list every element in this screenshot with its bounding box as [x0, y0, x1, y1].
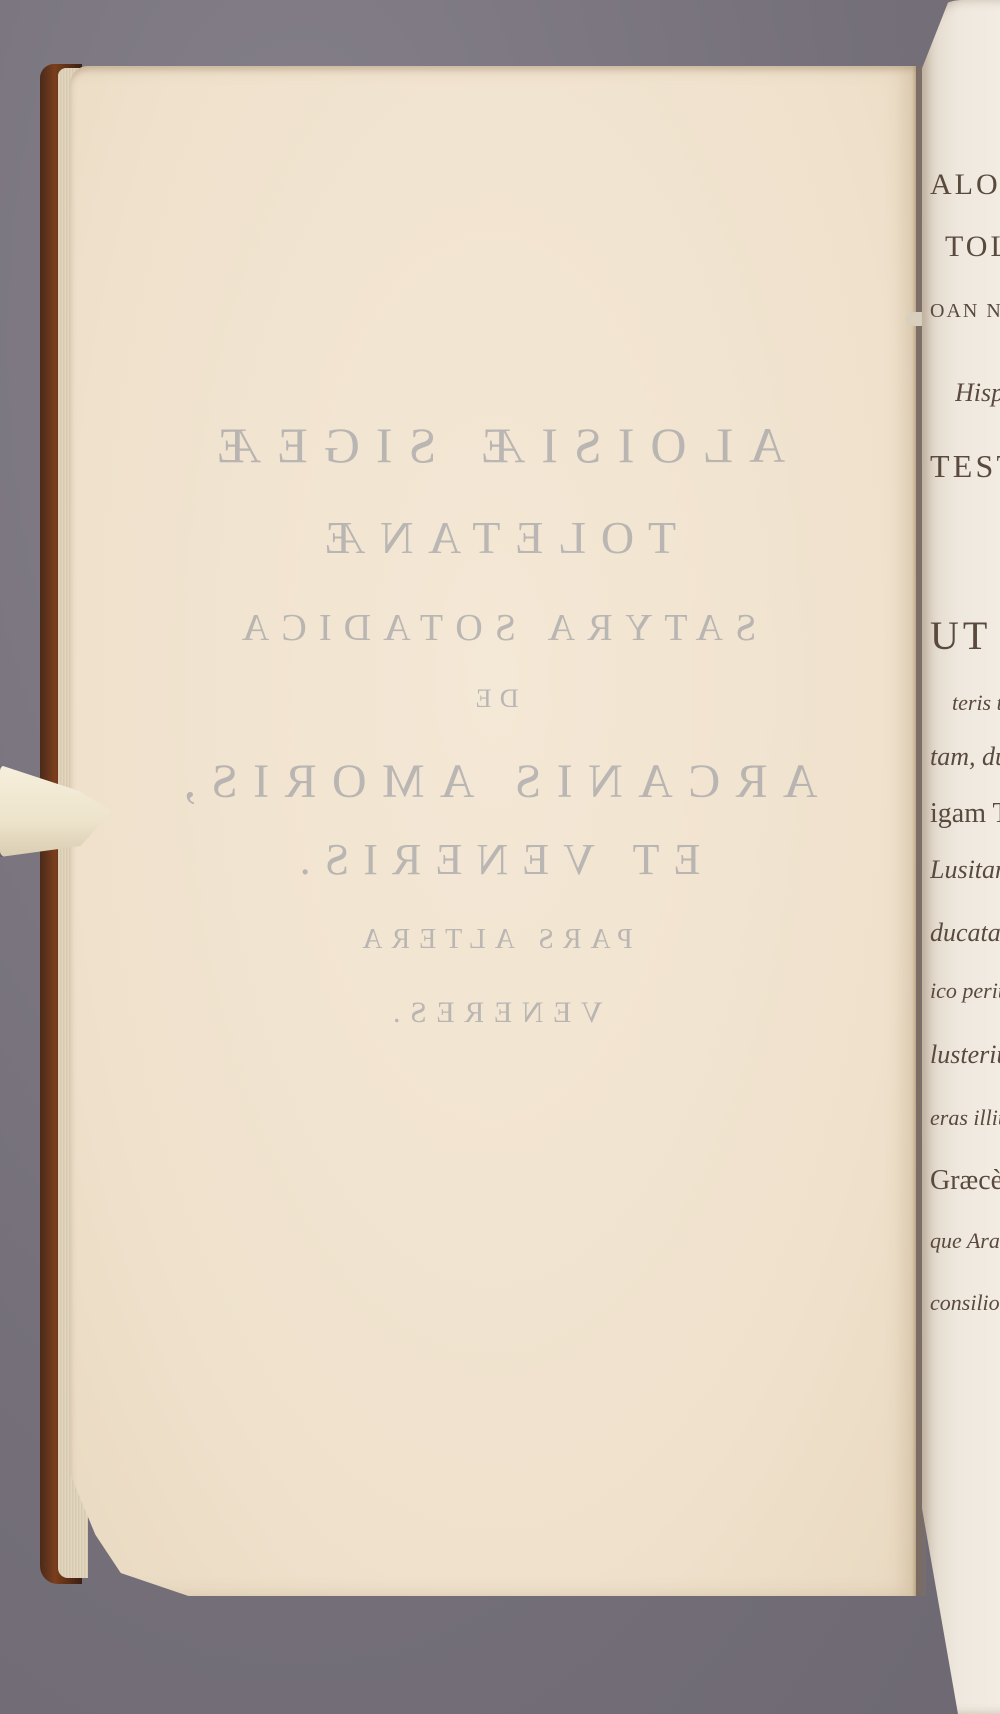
- right-page-fragment: ico peritam,: [930, 978, 1000, 1004]
- title-line-3: SATYRA SOTADICA: [70, 606, 916, 650]
- right-page-fragment: ducatam,: [930, 918, 1000, 948]
- right-page-fragment: igam To: [930, 798, 1000, 830]
- right-page-fragment: lusterius Po: [930, 1040, 1000, 1070]
- right-page-fragment: tam, dubit: [930, 742, 1000, 772]
- title-line-2: TOLETANÆ: [70, 511, 916, 564]
- left-page: ALOISIÆ SIGEÆ TOLETANÆ SATYRA SOTADICA D…: [70, 66, 916, 1596]
- right-page-fragment: Lusitan: [930, 855, 1000, 885]
- right-page-fragment: UT omn: [930, 612, 1000, 659]
- right-page-fragment: Græcè, He: [930, 1165, 1000, 1197]
- right-page-fragment: OAN N: [930, 300, 1000, 323]
- title-line-1: ALOISIÆ SIGEÆ: [70, 416, 916, 474]
- right-page-fragment: teris t: [952, 690, 1000, 716]
- right-page-fragment: TOL: [945, 230, 1000, 264]
- right-page-fragment: consilio compo: [930, 1290, 1000, 1316]
- title-line-5: ARCANIS AMORIS,: [70, 754, 916, 809]
- right-page-fragment: ALOIS: [930, 168, 1000, 202]
- right-page-fragment: que Arabicè: [930, 1228, 1000, 1254]
- title-line-6: ET VENERIS.: [70, 834, 916, 885]
- right-page-fragment: eras illius a: [930, 1105, 1000, 1131]
- title-line-4: DE: [70, 684, 916, 714]
- right-page-fragment: TESTI: [930, 448, 1000, 485]
- title-line-7: PARS ALTERA: [70, 924, 916, 956]
- right-page-fragment: Hisp.: [955, 378, 1000, 408]
- title-line-8: VENERES.: [70, 996, 916, 1030]
